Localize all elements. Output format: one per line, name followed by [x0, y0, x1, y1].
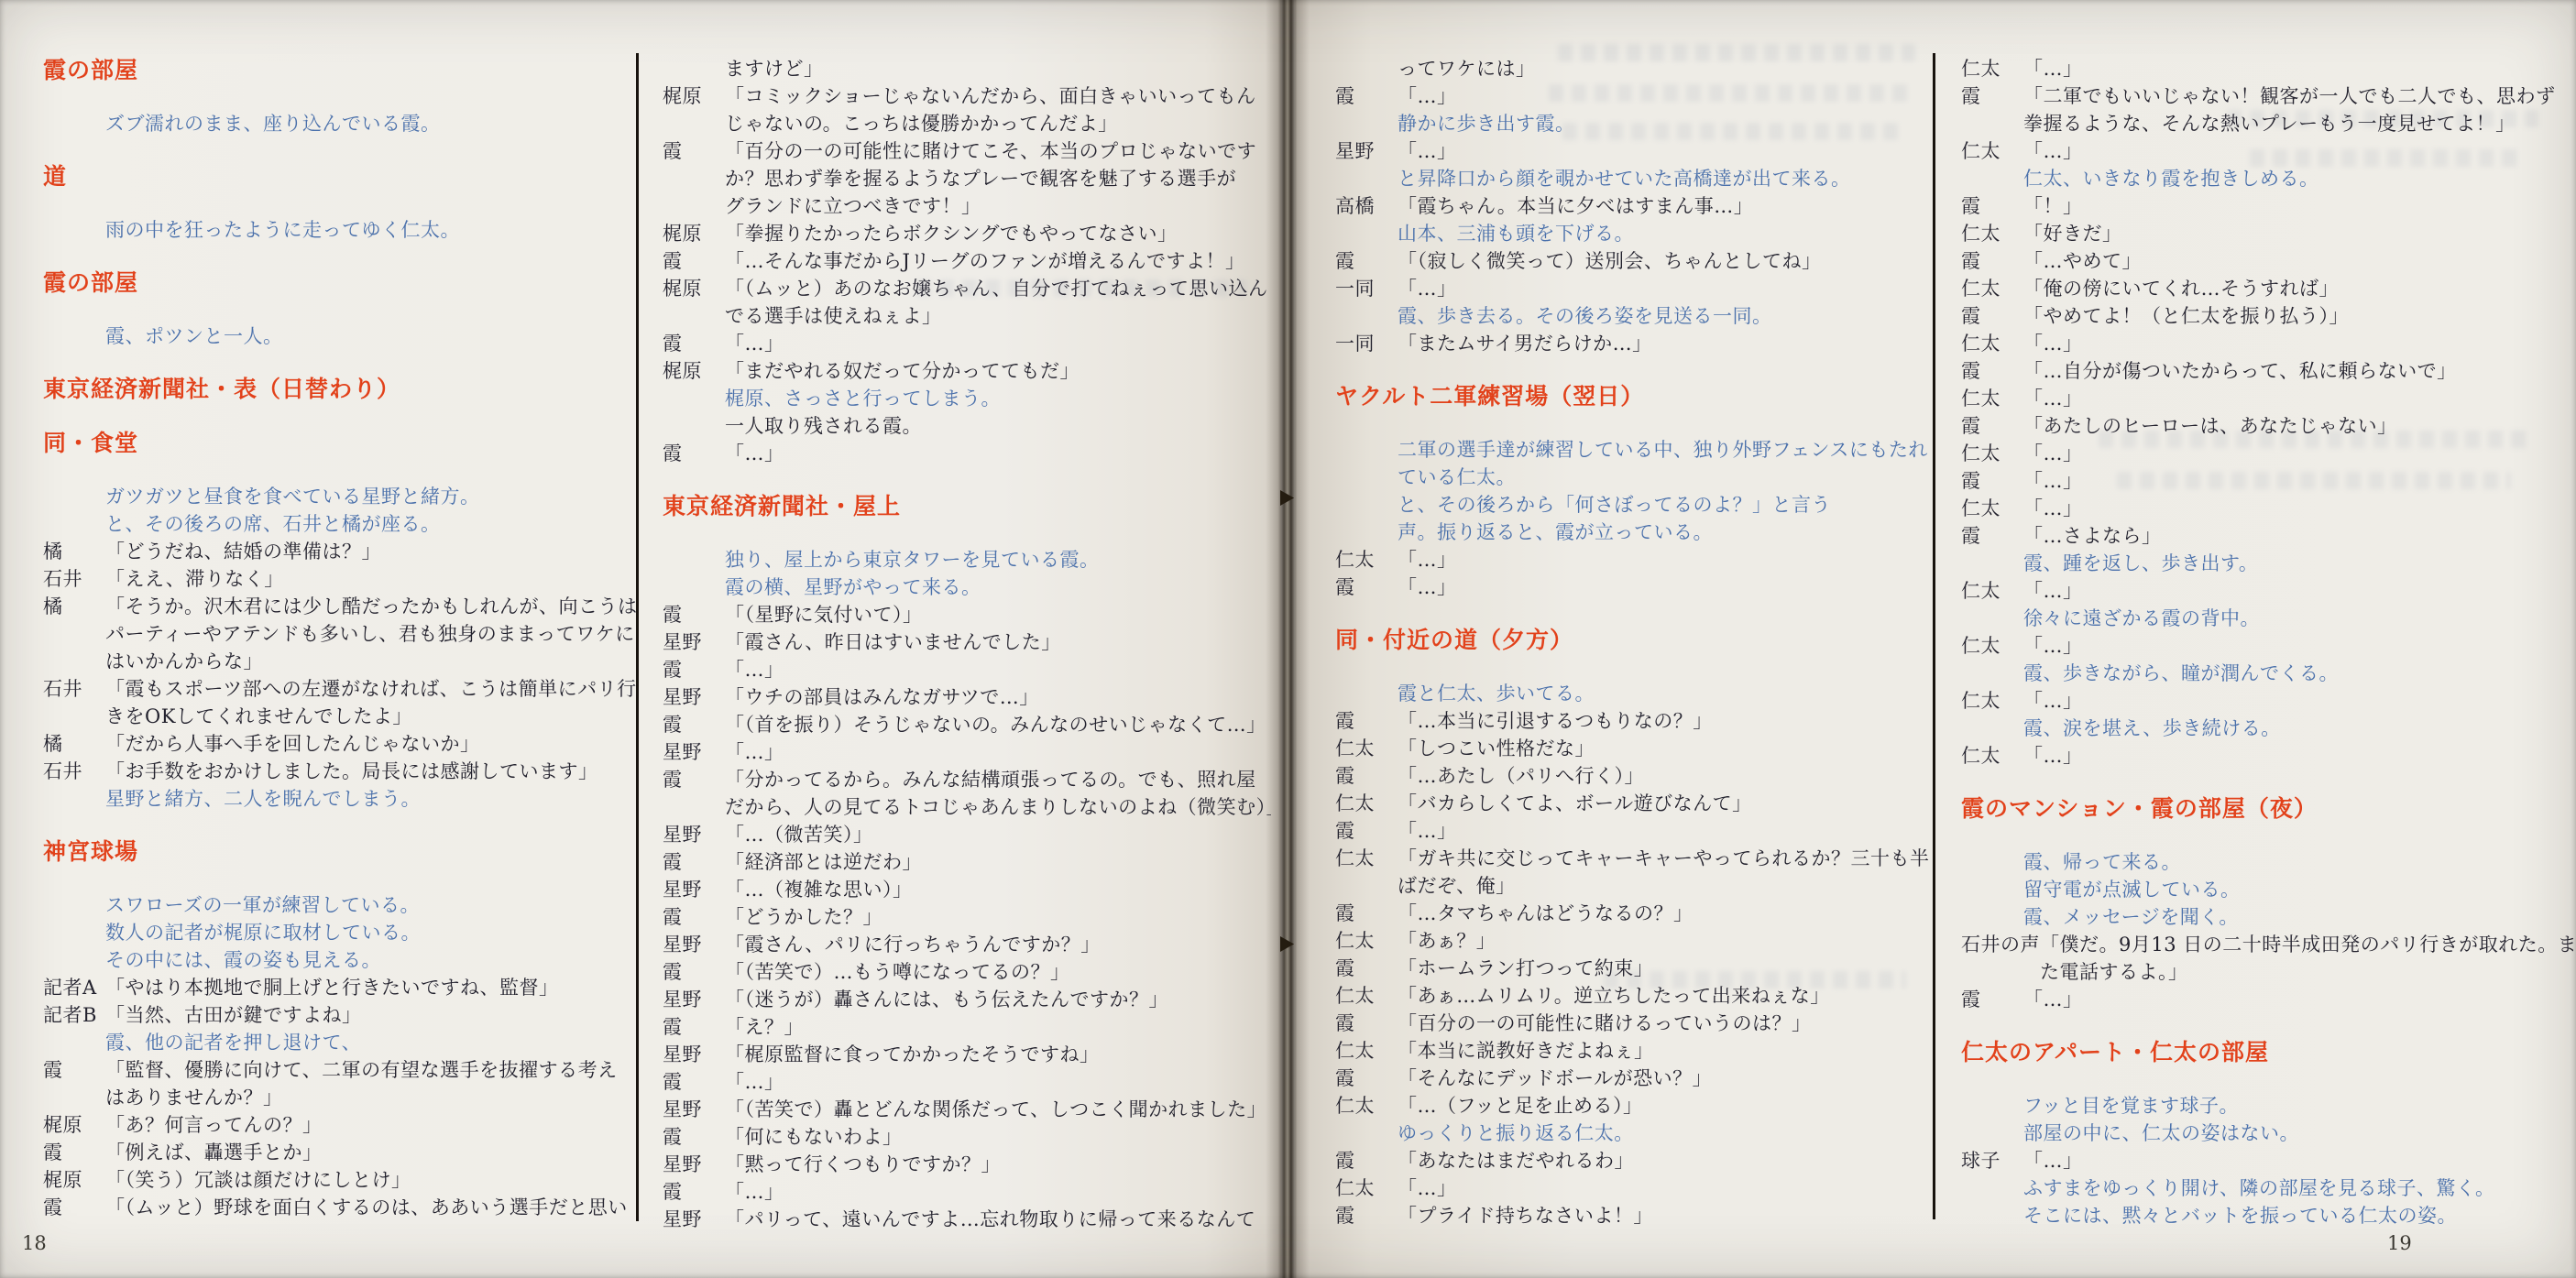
stage-direction: 霞、他の記者を押し退けて、 — [43, 1029, 641, 1056]
direction-line: と、その後ろの席、石井と橘が座る。 — [105, 510, 641, 538]
direction-line: 独り、屋上から東京タワーを見ている霞。 — [725, 546, 1271, 573]
dialogue-line: 「（迷うが）轟さんには、もう伝えたんですか？」 — [725, 986, 1168, 1013]
speaker-name: 仁太 — [1335, 1092, 1398, 1120]
direction-line: と昇降口から顔を覗かせていた高橋達が出て来る。 — [1398, 165, 1929, 192]
dialogue-row: 星野「ウチの部員はみんなガサツで…」 — [663, 683, 1271, 711]
dialogue-speech: 「…（微苦笑）」 — [725, 821, 873, 848]
speaker-name: 星野 — [663, 931, 725, 958]
dialogue-speech: 「（星野に気付いて）」 — [725, 601, 923, 628]
dialogue-row: 霞「あなたはまだやれるわ」 — [1335, 1147, 1929, 1174]
dialogue-speech: 「あぁ…ムリムリ。逆立ちしたって出来ねぇな」 — [1398, 982, 1830, 1010]
direction-line: 部屋の中に、仁太の姿はない。 — [2023, 1120, 2573, 1147]
dialogue-row: 梶原「あ？何言ってんの？」 — [43, 1111, 641, 1139]
dialogue-speech: 「（寂しく微笑って）送別会、ちゃんとしてね」 — [1398, 247, 1822, 275]
dialogue-row: 霞「…そんな事だからJリーグのファンが増えるんですよ！」 — [663, 247, 1271, 275]
speaker-name: 仁太 — [1961, 385, 2023, 412]
speaker-name: 仁太 — [1335, 982, 1398, 1010]
dialogue-row: 霞「…あたし（パリへ行く）」 — [1335, 762, 1929, 790]
column-divider — [1933, 53, 1935, 1219]
stage-direction: ゆっくりと振り返る仁太。 — [1335, 1120, 1929, 1147]
dialogue-row: 霞「え？」 — [663, 1013, 1271, 1041]
dialogue-row: 梶原「拳握りたかったらボクシングでもやってなさい」 — [663, 220, 1271, 247]
dialogue-line: 「ウチの部員はみんなガサツで…」 — [725, 683, 1039, 711]
dialogue-speech: 「…」 — [725, 1178, 784, 1206]
dialogue-speech: 「…」 — [2023, 1147, 2083, 1174]
dialogue-speech: 「あたしのヒーローは、あなたじゃない」 — [2023, 412, 2397, 440]
dialogue-row: 霞「（首を振り）そうじゃないの。みんなのせいじゃなくて…」 — [663, 711, 1271, 738]
dialogue-line: 「ホームラン打つって約束」 — [1398, 955, 1653, 982]
dialogue-speech: 「拳握りたかったらボクシングでもやってなさい」 — [725, 220, 1178, 247]
dialogue-line: 「…さよなら」 — [2023, 522, 2162, 550]
dialogue-line: 「え？」 — [725, 1013, 804, 1041]
direction-line: 留守電が点滅している。 — [2023, 876, 2573, 903]
dialogue-row: 橘「どうだね、結婚の準備は？」 — [43, 538, 641, 565]
speaker-name: 仁太 — [1961, 495, 2023, 522]
dialogue-speech: 「…」 — [1398, 817, 1457, 845]
speaker-name: 星野 — [663, 1151, 725, 1178]
dialogue-line: 「二軍でもいいじゃない！観客が一人でも二人でも、思わず — [2023, 82, 2556, 110]
stage-direction: と昇降口から顔を覗かせていた高橋達が出て来る。 — [1335, 165, 1929, 192]
speaker-name: 記者A — [43, 974, 105, 1001]
dialogue-row: 石井「ええ、滞りなく」 — [43, 565, 641, 593]
speaker-name: 橘 — [43, 730, 105, 758]
direction-line: その中には、霞の姿も見える。 — [105, 946, 641, 974]
dialogue-speech: 「…さよなら」 — [2023, 522, 2162, 550]
direction-line: 霞、ポツンと一人。 — [105, 322, 641, 350]
scene-heading: 仁太のアパート・仁太の部屋 — [1961, 1038, 2573, 1067]
dialogue-line: 「…」 — [2023, 742, 2083, 770]
dialogue-line: 「…」 — [725, 656, 784, 683]
dialogue-speech: 「プライド持ちなさいよ！」 — [1398, 1202, 1653, 1229]
dialogue-row: 仁太「あぁ？」 — [1335, 927, 1929, 955]
dialogue-row: 梶原「（ムッと）あのなお嬢ちゃん、自分で打てねぇって思い込んでる選手は使えねぇよ… — [663, 275, 1271, 330]
dialogue-speech: 「…やめて」 — [2023, 247, 2142, 275]
direction-line: 仁太、いきなり霞を抱きしめる。 — [2023, 165, 2573, 192]
dialogue-row: 仁太「…」 — [1961, 330, 2573, 357]
direction-line: 徐々に遠ざかる霞の背中。 — [2023, 605, 2573, 632]
dialogue-speech: 「…」 — [725, 330, 784, 357]
speaker-name: 星野 — [663, 738, 725, 766]
dialogue-line: 「…タマちゃんはどうなるの？」 — [1398, 900, 1694, 927]
dialogue-line: 「（星野に気付いて）」 — [725, 601, 923, 628]
speaker-name: 霞 — [43, 1056, 105, 1084]
dialogue-speech: 「…」 — [2023, 577, 2083, 605]
dialogue-speech: 「当然、古田が鍵ですよね」 — [105, 1001, 362, 1029]
dialogue-speech: 「…あたし（パリへ行く）」 — [1398, 762, 1644, 790]
dialogue-line: 「だから人事へ手を回したんじゃないか」 — [105, 730, 480, 758]
dialogue-line: はありませんか？」 — [105, 1084, 618, 1111]
dialogue-speech: 「やめてよ！（と仁太を振り払う）」 — [2023, 302, 2349, 330]
dialogue-speech: 「あ？何言ってんの？」 — [105, 1111, 323, 1139]
dialogue-line: 「あぁ…ムリムリ。逆立ちしたって出来ねぇな」 — [1398, 982, 1830, 1010]
dialogue-line: 「…（フッと足を止める）」 — [1398, 1092, 1643, 1120]
speaker-name: 霞 — [663, 601, 725, 628]
dialogue-row: 一同「またムサイ男だらけか…」 — [1335, 330, 1929, 357]
dialogue-row: 仁太「…」 — [1961, 632, 2573, 660]
dialogue-line: 「まだやれる奴だって分かっててもだ」 — [725, 357, 1080, 385]
direction-line: 霞、歩きながら、瞳が潤んでくる。 — [2023, 660, 2573, 687]
dialogue-speech: 「やはり本拠地で胴上げと行きたいですね、監督」 — [105, 974, 559, 1001]
dialogue-line: 「…」 — [725, 1068, 784, 1096]
dialogue-speech: 「だから人事へ手を回したんじゃないか」 — [105, 730, 480, 758]
dialogue-speech: 「またムサイ男だらけか…」 — [1398, 330, 1652, 357]
dialogue-speech: 「…」 — [725, 738, 784, 766]
direction-line: フッと目を覚ます球子。 — [2023, 1092, 2573, 1120]
speaker-name: 仁太 — [1961, 440, 2023, 467]
stage-direction: 霞、帰って来る。留守電が点滅している。霞、メッセージを聞く。 — [1961, 848, 2573, 931]
dialogue-line: 「…」 — [2023, 495, 2083, 522]
dialogue-speech: 「…」 — [2023, 55, 2083, 82]
dialogue-row: 仁太「ガキ共に交じってキャーキャーやってられるか？三十も半ばだぞ、俺」 — [1335, 845, 1929, 900]
dialogue-line: 「コミックショーじゃないんだから、面白きゃいいってもん — [725, 82, 1256, 110]
direction-line: ゆっくりと振り返る仁太。 — [1398, 1120, 1929, 1147]
dialogue-line: 「霞ちゃん。本当に夕べはすまん事…」 — [1398, 192, 1753, 220]
dialogue-line: 「…」 — [725, 440, 784, 467]
speaker-name: 霞 — [1335, 1202, 1398, 1229]
dialogue-speech: 「…」 — [2023, 632, 2083, 660]
speaker-name: 霞 — [1335, 82, 1398, 110]
dialogue-row: 仁太「…」 — [1961, 742, 2573, 770]
dialogue-row: 霞「どうかした？」 — [663, 903, 1271, 931]
dialogue-speech: 「ええ、滞りなく」 — [105, 565, 284, 593]
direction-line: 声。振り返ると、霞が立っている。 — [1398, 519, 1929, 546]
speaker-name: 仁太 — [1961, 330, 2023, 357]
book-gutter-fold — [1266, 0, 1310, 1278]
dialogue-row: 仁太「…」 — [1961, 440, 2573, 467]
speaker-name: 梶原 — [663, 357, 725, 385]
speaker-name: 仁太 — [1961, 632, 2023, 660]
dialogue-speech: 「黙って行くつもりですか？」 — [725, 1151, 1001, 1178]
dialogue-line: 「…」 — [2023, 330, 2083, 357]
dialogue-line: 「あなたはまだやれるわ」 — [1398, 1147, 1634, 1174]
dialogue-row: 仁太「あぁ…ムリムリ。逆立ちしたって出来ねぇな」 — [1335, 982, 1929, 1010]
dialogue-row: 石井の声「僕だ。9月13 日の二十時半成田発のパリ行きが取れた。また電話するよ。… — [1961, 931, 2573, 986]
dialogue-row: 霞「監督、優勝に向けて、二軍の有望な選手を抜擢する考えはありませんか？」 — [43, 1056, 641, 1111]
dialogue-line: 「そんなにデッドボールが恐い？」 — [1398, 1065, 1712, 1092]
speaker-name: 星野 — [663, 1041, 725, 1068]
dialogue-line: 「…」 — [725, 738, 784, 766]
dialogue-row: 星野「…（微苦笑）」 — [663, 821, 1271, 848]
dialogue-speech: 「…」 — [2023, 385, 2083, 412]
dialogue-row: 星野「…（複雑な思い）」 — [663, 876, 1271, 903]
speaker-name: 一同 — [1335, 275, 1398, 302]
speaker-name: 霞 — [1335, 817, 1398, 845]
dialogue-speech: 「（ムッと）あのなお嬢ちゃん、自分で打てねぇって思い込んでる選手は使えねぇよ」 — [725, 275, 1268, 330]
dialogue-row: 霞「…やめて」 — [1961, 247, 2573, 275]
dialogue-speech: 「経済部とは逆だわ」 — [725, 848, 922, 876]
speaker-name: 霞 — [1335, 247, 1398, 275]
dialogue-speech: 「そんなにデッドボールが恐い？」 — [1398, 1065, 1712, 1092]
dialogue-speech: 「霞もスポーツ部への左遷がなければ、こうは簡単にパリ行きをOKしてくれませんでし… — [105, 675, 637, 730]
speaker-name: 仁太 — [1961, 220, 2023, 247]
dialogue-line: 「拳握りたかったらボクシングでもやってなさい」 — [725, 220, 1178, 247]
dialogue-speech: 「バカらしくてよ、ボール遊びなんて」 — [1398, 790, 1752, 817]
speaker-name: 仁太 — [1961, 275, 2023, 302]
script-book-scan: 霞の部屋ズブ濡れのまま、座り込んでいる霞。道雨の中を狂ったように走ってゆく仁太。… — [0, 0, 2576, 1278]
dialogue-line: ばだぞ、俺」 — [1398, 872, 1929, 900]
speaker-name: 梶原 — [43, 1166, 105, 1194]
direction-line: 雨の中を狂ったように走ってゆく仁太。 — [105, 216, 641, 244]
dialogue-row: 霞「分かってるから。みんな結構頑張ってるの。でも、照れ屋だから、人の見てるトコじ… — [663, 766, 1271, 821]
dialogue-row: 高橋「霞ちゃん。本当に夕べはすまん事…」 — [1335, 192, 1929, 220]
dialogue-row: 霞「そんなにデッドボールが恐い？」 — [1335, 1065, 1929, 1092]
speaker-name: 霞 — [1335, 900, 1398, 927]
stage-direction: 星野と緒方、二人を睨んでしまう。 — [43, 785, 641, 813]
speaker-name: 霞 — [43, 1194, 105, 1221]
speaker-name: 一同 — [1335, 330, 1398, 357]
dialogue-speech: 「コミックショーじゃないんだから、面白きゃいいってもんじゃないの。こっちは優勝か… — [725, 82, 1256, 137]
dialogue-speech: 「…そんな事だからJリーグのファンが増えるんですよ！」 — [725, 247, 1245, 275]
dialogue-speech: 「僕だ。9月13 日の二十時半成田発のパリ行きが取れた。また電話するよ。」 — [2040, 931, 2573, 986]
speaker-name: 球子 — [1961, 1147, 2023, 1174]
dialogue-row: 霞「百分の一の可能性に賭けるっていうのは？」 — [1335, 1010, 1929, 1037]
dialogue-line: ますけど」 — [725, 55, 824, 82]
speaker-name: 霞 — [663, 711, 725, 738]
dialogue-speech: 「あぁ？」 — [1398, 927, 1496, 955]
dialogue-speech: 「そうか。沢木君には少し酷だったかもしれんが、向こうはパーティーやアテンドも多い… — [105, 593, 638, 675]
stage-direction: 霞と仁太、歩いてる。 — [1335, 680, 1929, 707]
dialogue-speech: 「霞さん、パリに行っちゃうんですか？」 — [725, 931, 1101, 958]
dialogue-row: 霞「…」 — [663, 1068, 1271, 1096]
dialogue-row: 梶原「（笑う）冗談は顔だけにしとけ」 — [43, 1166, 641, 1194]
dialogue-line: 「そうか。沢木君には少し酷だったかもしれんが、向こうは — [105, 593, 638, 620]
dialogue-row: 霞「…タマちゃんはどうなるの？」 — [1335, 900, 1929, 927]
dialogue-row: 霞「！」 — [1961, 192, 2573, 220]
dialogue-line: 「黙って行くつもりですか？」 — [725, 1151, 1001, 1178]
dialogue-row: 星野「パリって、遠いんですよ…忘れ物取りに帰って来るなんて — [663, 1206, 1271, 1233]
dialogue-row: 仁太「本当に説教好きだよねぇ」 — [1335, 1037, 1929, 1065]
dialogue-line: 「…」 — [2023, 55, 2083, 82]
stage-direction: 山本、三浦も頭を下げる。 — [1335, 220, 1929, 247]
dialogue-line: か？思わず拳を握るようなプレーで観客を魅了する選手が — [725, 165, 1256, 192]
dialogue-speech: 「好きだ」 — [2023, 220, 2122, 247]
dialogue-speech: 「しつこい性格だな」 — [1398, 735, 1595, 762]
dialogue-speech: 「本当に説教好きだよねぇ」 — [1398, 1037, 1654, 1065]
dialogue-row: 仁太「…」 — [1335, 546, 1929, 573]
dialogue-line: 「あたしのヒーローは、あなたじゃない」 — [2023, 412, 2397, 440]
script-column-3: ってワケには」霞「…」静かに歩き出す霞。星野「…」と昇降口から顔を覗かせていた高… — [1335, 0, 1929, 1278]
speaker-name: 霞 — [663, 1123, 725, 1151]
direction-line: 山本、三浦も頭を下げる。 — [1398, 220, 1929, 247]
dialogue-speech: 「…」 — [1398, 275, 1457, 302]
speaker-name: 仁太 — [1335, 735, 1398, 762]
direction-line: ガツガツと昼食を食べている星野と緒方。 — [105, 483, 641, 510]
dialogue-row: 仁太「バカらしくてよ、ボール遊びなんて」 — [1335, 790, 1929, 817]
direction-line: 数人の記者が梶原に取材している。 — [105, 919, 641, 946]
speaker-name: 霞 — [663, 1068, 725, 1096]
dialogue-line: 「…」 — [1398, 546, 1457, 573]
dialogue-line: 「…あたし（パリへ行く）」 — [1398, 762, 1644, 790]
dialogue-speech: 「（笑う）冗談は顔だけにしとけ」 — [105, 1166, 411, 1194]
speaker-name: 星野 — [663, 986, 725, 1013]
dialogue-line: 「…」 — [2023, 1147, 2083, 1174]
scene-heading: 道 — [43, 162, 641, 191]
dialogue-speech: 「…」 — [725, 656, 784, 683]
page-number: 19 — [2387, 1232, 2412, 1254]
dialogue-line: 「ええ、滞りなく」 — [105, 565, 284, 593]
dialogue-line: 「経済部とは逆だわ」 — [725, 848, 922, 876]
dialogue-speech: 「…」 — [1398, 573, 1457, 601]
dialogue-speech: 「ホームラン打つって約束」 — [1398, 955, 1653, 982]
dialogue-row: 星野「（迷うが）轟さんには、もう伝えたんですか？」 — [663, 986, 1271, 1013]
dialogue-line: 「…（複雑な思い）」 — [725, 876, 913, 903]
dialogue-line: 「…」 — [2023, 687, 2083, 715]
dialogue-line: 「…」 — [1398, 275, 1457, 302]
dialogue-speech: 「…」 — [1398, 137, 1457, 165]
dialogue-line: でる選手は使えねぇよ」 — [725, 302, 1268, 330]
speaker-name: 霞 — [1961, 192, 2023, 220]
direction-line: 二軍の選手達が練習している中、独り外野フェンスにもたれ — [1398, 436, 1929, 464]
dialogue-row: 霞「…」 — [663, 440, 1271, 467]
dialogue-line: 「！」 — [2023, 192, 2083, 220]
dialogue-line: 「…自分が傷ついたからって、私に頼らないで」 — [2023, 357, 2457, 385]
dialogue-line: 「…」 — [1398, 573, 1457, 601]
speaker-name: 霞 — [663, 1178, 725, 1206]
dialogue-line: 「…」 — [1398, 817, 1457, 845]
stage-direction: ふすまをゆっくり開け、隣の部屋を見る球子、驚く。そこには、黙々とバットを振ってい… — [1961, 1174, 2573, 1229]
dialogue-line: 「…」 — [2023, 137, 2083, 165]
dialogue-speech: 「霞ちゃん。本当に夕べはすまん事…」 — [1398, 192, 1753, 220]
speaker-name: 霞 — [1961, 986, 2023, 1013]
stage-direction: 独り、屋上から東京タワーを見ている霞。霞の横、星野がやって来る。 — [663, 546, 1271, 601]
dialogue-line: た電話するよ。」 — [2040, 958, 2573, 986]
speaker-name: 星野 — [663, 628, 725, 656]
dialogue-line: 「何にもないわよ」 — [725, 1123, 903, 1151]
dialogue-line: 「…そんな事だからJリーグのファンが増えるんですよ！」 — [725, 247, 1245, 275]
dialogue-row: 星野「黙って行くつもりですか？」 — [663, 1151, 1271, 1178]
dialogue-speech: 「梶原監督に食ってかかったそうですね」 — [725, 1041, 1100, 1068]
dialogue-row: 仁太「俺の傍にいてくれ…そうすれば」 — [1961, 275, 2573, 302]
speaker-name: 霞 — [1335, 762, 1398, 790]
direction-line: ている仁太。 — [1398, 464, 1929, 491]
direction-line: 霞、他の記者を押し退けて、 — [105, 1029, 641, 1056]
dialogue-row: 球子「…」 — [1961, 1147, 2573, 1174]
dialogue-row: 仁太「好きだ」 — [1961, 220, 2573, 247]
speaker-name: 霞 — [663, 330, 725, 357]
dialogue-row: 霞「…」 — [663, 330, 1271, 357]
dialogue-row: 霞「（ムッと）野球を面白くするのは、ああいう選手だと思い — [43, 1194, 641, 1221]
dialogue-speech: 「…」 — [2023, 495, 2083, 522]
dialogue-row: ますけど」 — [663, 55, 1271, 82]
dialogue-line: 「…」 — [1398, 137, 1457, 165]
speaker-name: 石井の声 — [1961, 931, 2040, 958]
speaker-name: 霞 — [1335, 1065, 1398, 1092]
speaker-name: 霞 — [1961, 82, 2023, 110]
dialogue-row: 霞「…」 — [1335, 82, 1929, 110]
dialogue-line: 「梶原監督に食ってかかったそうですね」 — [725, 1041, 1100, 1068]
dialogue-speech: 「（首を振り）そうじゃないの。みんなのせいじゃなくて…」 — [725, 711, 1266, 738]
dialogue-line: 「プライド持ちなさいよ！」 — [1398, 1202, 1653, 1229]
speaker-name: 仁太 — [1961, 742, 2023, 770]
dialogue-line: 「どうだね、結婚の準備は？」 — [105, 538, 381, 565]
dialogue-line: 「（寂しく微笑って）送別会、ちゃんとしてね」 — [1398, 247, 1822, 275]
speaker-name: 仁太 — [1961, 577, 2023, 605]
dialogue-speech: 「お手数をおかけしました。局長には感謝しています」 — [105, 758, 598, 785]
speaker-name: 霞 — [663, 903, 725, 931]
scene-heading: 霞のマンション・霞の部屋（夜） — [1961, 794, 2573, 824]
dialogue-speech: 「え？」 — [725, 1013, 804, 1041]
speaker-name: 仁太 — [1961, 687, 2023, 715]
dialogue-line: きをOKしてくれませんでしたよ」 — [105, 703, 637, 730]
direction-line: ズブ濡れのまま、座り込んでいる霞。 — [105, 110, 641, 137]
speaker-name: 仁太 — [1961, 137, 2023, 165]
dialogue-line: 「（苦笑で）…もう噂になってるの？」 — [725, 958, 1070, 986]
dialogue-speech: 「…」 — [2023, 986, 2083, 1013]
dialogue-row: 仁太「…（フッと足を止める）」 — [1335, 1092, 1929, 1120]
direction-line: 霞、踵を返し、歩き出す。 — [2023, 550, 2573, 577]
stage-direction: 静かに歩き出す霞。 — [1335, 110, 1929, 137]
dialogue-line: 「俺の傍にいてくれ…そうすれば」 — [2023, 275, 2339, 302]
speaker-name: 霞 — [1335, 955, 1398, 982]
dialogue-speech: 「百分の一の可能性に賭けてこそ、本当のプロじゃないですか？思わず拳を握るようなプ… — [725, 137, 1256, 220]
dialogue-row: 石井「お手数をおかけしました。局長には感謝しています」 — [43, 758, 641, 785]
direction-line: 静かに歩き出す霞。 — [1398, 110, 1929, 137]
dialogue-speech: 「何にもないわよ」 — [725, 1123, 903, 1151]
dialogue-speech: 「…」 — [2023, 687, 2083, 715]
dialogue-row: 橘「そうか。沢木君には少し酷だったかもしれんが、向こうはパーティーやアテンドも多… — [43, 593, 641, 675]
speaker-name: 霞 — [1961, 412, 2023, 440]
stage-direction: 霞、踵を返し、歩き出す。 — [1961, 550, 2573, 577]
dialogue-line: 「百分の一の可能性に賭けるっていうのは？」 — [1398, 1010, 1812, 1037]
dialogue-line: 「（笑う）冗談は顔だけにしとけ」 — [105, 1166, 411, 1194]
dialogue-row: 仁太「…」 — [1961, 385, 2573, 412]
dialogue-line: 「僕だ。9月13 日の二十時半成田発のパリ行きが取れた。ま — [2040, 931, 2573, 958]
dialogue-line: 「霞さん、昨日はすいませんでした」 — [725, 628, 1061, 656]
dialogue-row: 霞「（寂しく微笑って）送別会、ちゃんとしてね」 — [1335, 247, 1929, 275]
direction-line: と、その後ろから「何さぼってるのよ？」と言う — [1398, 491, 1929, 519]
direction-line: 霞、メッセージを聞く。 — [2023, 903, 2573, 931]
page-number: 18 — [22, 1232, 47, 1254]
dialogue-row: 霞「…」 — [663, 656, 1271, 683]
dialogue-row: 星野「…」 — [663, 738, 1271, 766]
dialogue-speech: 「…」 — [1398, 82, 1457, 110]
scene-heading: 東京経済新聞社・屋上 — [663, 492, 1271, 521]
dialogue-speech: 「…タマちゃんはどうなるの？」 — [1398, 900, 1694, 927]
speaker-name: 霞 — [1335, 1147, 1398, 1174]
dialogue-line: だから、人の見てるトコじゃあんまりしないのよね（微笑む）」 — [725, 793, 1271, 821]
dialogue-line: 「例えば、轟選手とか」 — [105, 1139, 323, 1166]
dialogue-speech: ってワケには」 — [1398, 55, 1536, 82]
dialogue-speech: 「監督、優勝に向けて、二軍の有望な選手を抜擢する考えはありませんか？」 — [105, 1056, 618, 1111]
speaker-name: 星野 — [663, 1096, 725, 1123]
dialogue-row: 霞「…さよなら」 — [1961, 522, 2573, 550]
dialogue-line: 「百分の一の可能性に賭けてこそ、本当のプロじゃないです — [725, 137, 1256, 165]
dialogue-line: 「…」 — [725, 1178, 784, 1206]
dialogue-row: 霞「二軍でもいいじゃない！観客が一人でも二人でも、思わず拳握るような、そんな熱い… — [1961, 82, 2573, 137]
dialogue-line: 「…本当に引退するつもりなの？」 — [1398, 707, 1713, 735]
speaker-name: 記者B — [43, 1001, 105, 1029]
speaker-name: 仁太 — [1335, 927, 1398, 955]
dialogue-row: 霞「例えば、轟選手とか」 — [43, 1139, 641, 1166]
dialogue-line: 「どうかした？」 — [725, 903, 882, 931]
dialogue-line: 「やめてよ！（と仁太を振り払う）」 — [2023, 302, 2349, 330]
speaker-name: 霞 — [1961, 357, 2023, 385]
dialogue-line: 「…（微苦笑）」 — [725, 821, 873, 848]
speaker-name: 霞 — [663, 440, 725, 467]
dialogue-row: 霞「あたしのヒーローは、あなたじゃない」 — [1961, 412, 2573, 440]
stage-direction: 霞、歩きながら、瞳が潤んでくる。 — [1961, 660, 2573, 687]
speaker-name: 霞 — [1961, 522, 2023, 550]
dialogue-line: 「好きだ」 — [2023, 220, 2122, 247]
dialogue-speech: 「分かってるから。みんな結構頑張ってるの。でも、照れ屋だから、人の見てるトコじゃ… — [725, 766, 1271, 821]
dialogue-line: 「あ？何言ってんの？」 — [105, 1111, 323, 1139]
speaker-name: 霞 — [1961, 247, 2023, 275]
stage-direction: スワローズの一軍が練習している。数人の記者が梶原に取材している。その中には、霞の… — [43, 891, 641, 974]
dialogue-row: 霞「…」 — [1961, 986, 2573, 1013]
speaker-name: 霞 — [663, 766, 725, 793]
dialogue-row: 霞「（苦笑で）…もう噂になってるの？」 — [663, 958, 1271, 986]
speaker-name: 星野 — [1335, 137, 1398, 165]
